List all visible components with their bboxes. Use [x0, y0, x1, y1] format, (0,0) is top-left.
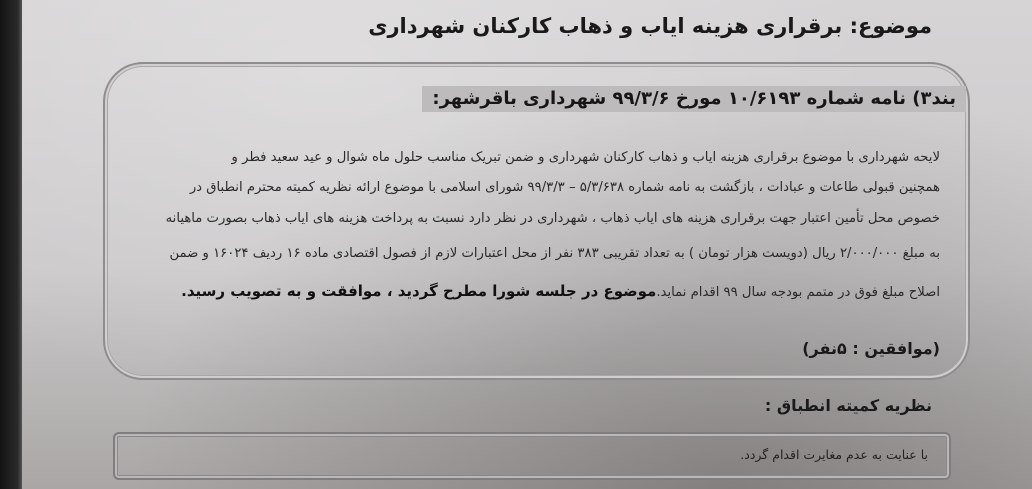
body-line-5: اصلاح مبلغ فوق در متمم بودجه سال ۹۹ اقدا…	[181, 282, 940, 300]
body-line-4: به مبلغ ۲/۰۰۰/۰۰۰ ریال (دویست هزار تومان…	[169, 246, 940, 261]
committee-label: نظریه کمیته انطباق :	[765, 396, 932, 415]
body-line-2: همچنین قبولی طاعات و عبادات ، بازگشت به …	[190, 180, 940, 195]
resolution-text: موضوع در جلسه شورا مطرح گردید ، موافقت و…	[181, 282, 656, 300]
document-title: موضوع: برقراری هزینه ایاب و ذهاب کارکنان…	[368, 14, 932, 38]
item-header: بند۳) نامه شماره ۱۰/۶۱۹۳ مورخ ۹۹/۳/۶ شهر…	[422, 86, 966, 112]
body-line-5-text: اصلاح مبلغ فوق در متمم بودجه سال ۹۹ اقدا…	[656, 285, 940, 300]
body-line-1: لایحه شهرداری با موضوع برقراری هزینه ایا…	[232, 150, 940, 165]
body-line-3: خصوص محل تأمین اعتبار جهت برقراری هزینه …	[166, 211, 940, 226]
committee-opinion: با عنایت به عدم مغایرت اقدام گردد.	[740, 447, 928, 462]
vote-count: (موافقین : ۵نفر)	[802, 339, 940, 358]
photo-dark-edge	[0, 0, 22, 489]
